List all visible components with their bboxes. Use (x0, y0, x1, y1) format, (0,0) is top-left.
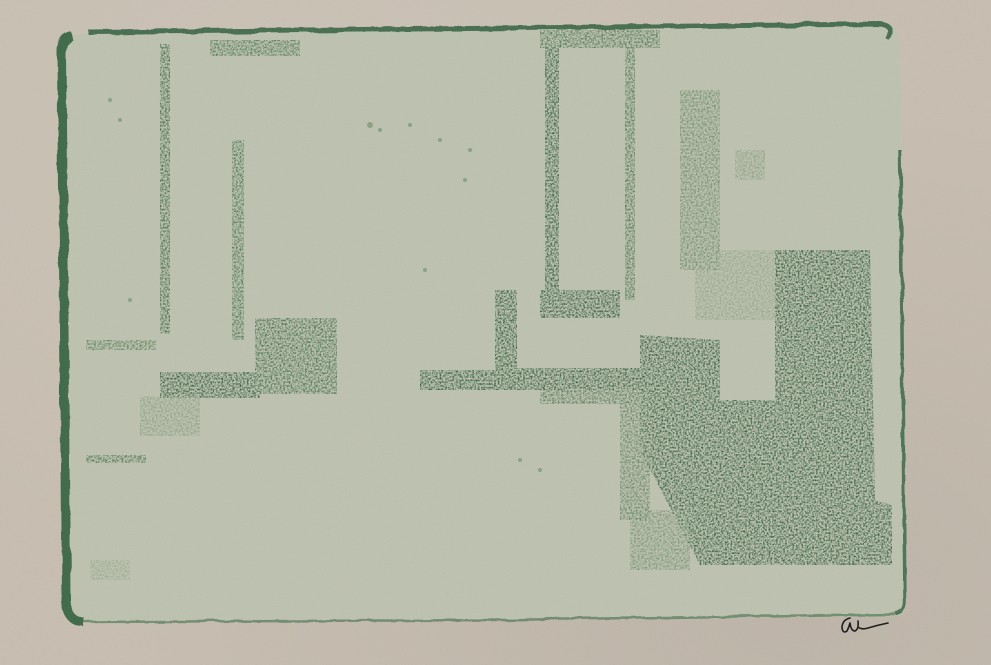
monoprint-scene (0, 0, 991, 665)
artist-signature (836, 610, 896, 640)
